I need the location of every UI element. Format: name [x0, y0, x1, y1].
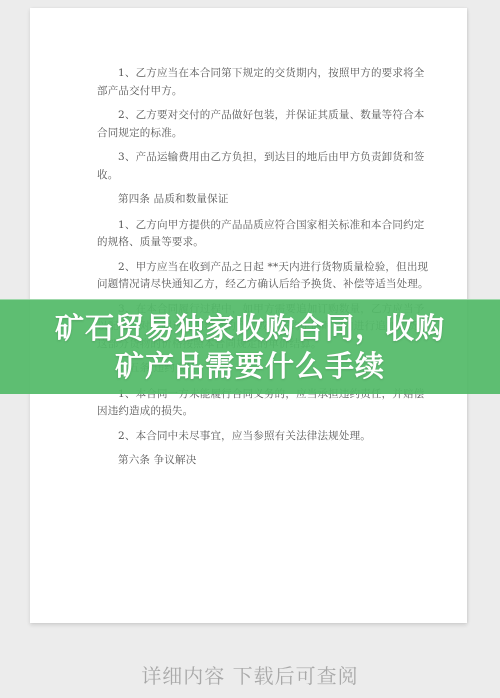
- paragraph: 2、甲方应当在收到产品之日起 **天内进行货物质量检验，但出现问题情况请尽快通知…: [97, 259, 429, 294]
- document-body: 1、乙方应当在本合同第下规定的交货期内，按照甲方的要求将全部产品交付甲方。 2、…: [97, 65, 429, 478]
- banner-title-line-2: 矿产品需要什么手续: [115, 347, 385, 385]
- title-banner: 矿石贸易独家收购合同，收购 矿产品需要什么手续: [0, 299, 500, 394]
- section-heading: 第四条 品质和数量保证: [97, 191, 429, 209]
- section-heading: 第六条 争议解决: [97, 452, 429, 470]
- paragraph: 2、本合同中未尽事宜，应当参照有关法律法规处理。: [97, 428, 429, 446]
- paragraph: 1、乙方向甲方提供的产品品质应符合国家相关标准和本合同约定的规格、质量等要求。: [97, 217, 429, 252]
- download-hint: 详细内容 下载后可查阅: [0, 660, 500, 689]
- paragraph: 3、产品运输费用由乙方负担，到达目的地后由甲方负责卸货和签收。: [97, 149, 429, 184]
- paragraph: 2、乙方要对交付的产品做好包装，并保证其质量、数量等符合本合同规定的标准。: [97, 107, 429, 142]
- paragraph: 1、乙方应当在本合同第下规定的交货期内，按照甲方的要求将全部产品交付甲方。: [97, 65, 429, 100]
- banner-title-line-1: 矿石贸易独家收购合同，收购: [55, 309, 445, 347]
